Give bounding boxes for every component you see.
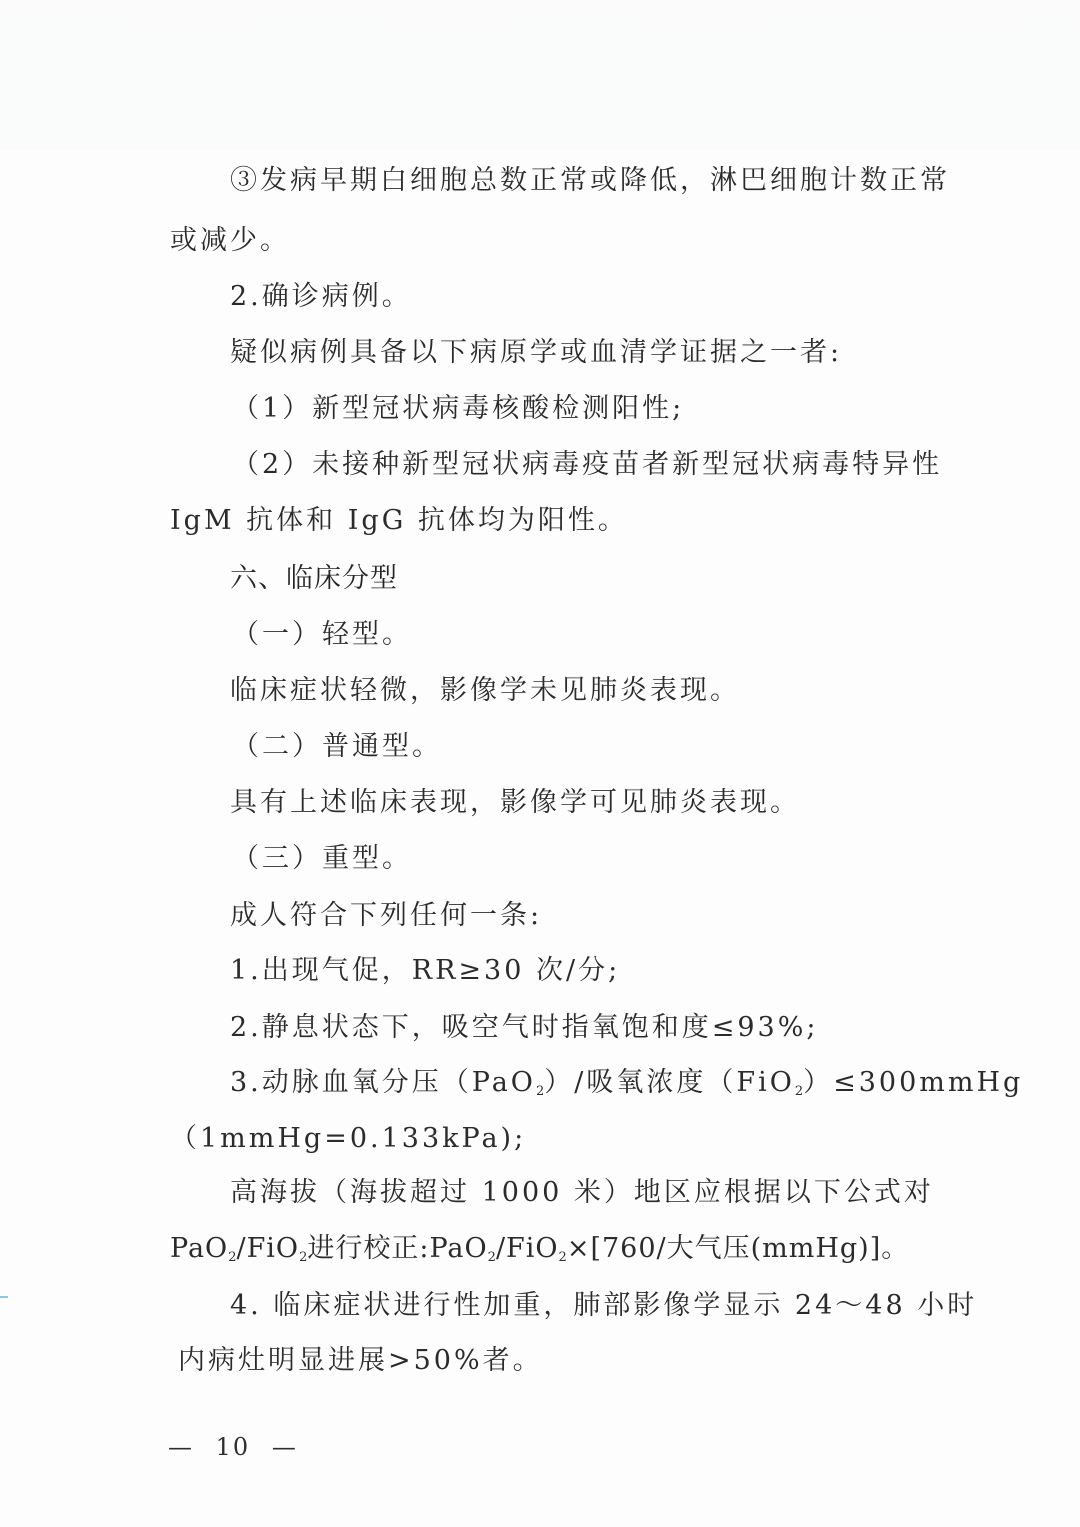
section-heading: 六、临床分型 [230,561,398,597]
paragraph-line: IgM 抗体和 IgG 抗体均为阳性。 [170,503,628,539]
text-segment: /FiO [496,1233,559,1264]
text-segment: PaO [170,1233,228,1264]
formula-line: PaO2/FiO2进行校正:PaO2/FiO2×[760/大气压(mmHg)]。 [170,1231,909,1276]
page-footer: — 10 — [168,1430,298,1464]
text-segment: 进行校正:PaO [307,1233,487,1264]
subscript: 2 [488,1250,496,1265]
paragraph-line: 2.确诊病例。 [230,279,412,315]
criteria-item: 1.出现气促，RR≥30 次/分; [230,953,620,989]
footer-dash-right: — [272,1433,298,1461]
criteria-item: 4. 临床症状进行性加重，肺部影像学显示 24～48 小时 [230,1288,977,1324]
paragraph-line: 具有上述临床表现，影像学可见肺炎表现。 [230,785,800,821]
subscript: 2 [559,1250,567,1265]
criteria-item: 3.动脉血氧分压（PaO2）/吸氧浓度（FiO2）≤300mmHg [230,1065,1023,1110]
subsection-heading: （三）重型。 [232,841,412,877]
subscript: 2 [795,1084,803,1099]
document-page: ③发病早期白细胞总数正常或降低，淋巴细胞计数正常 或减少。 2.确诊病例。 疑似… [0,0,1080,1527]
text-segment: 3.动脉血氧分压（PaO [230,1067,536,1098]
text-segment: ×[760/大气压(mmHg)]。 [567,1233,909,1264]
page-number: 10 [216,1433,251,1461]
criteria-item: 2.静息状态下，吸空气时指氧饱和度≤93%; [230,1010,819,1046]
text-segment: ）≤300mmHg [803,1067,1023,1098]
footer-dash-left: — [168,1433,194,1461]
subscript: 2 [536,1084,544,1099]
paragraph-line: （2）未接种新型冠状病毒疫苗者新型冠状病毒特异性 [232,447,942,483]
paragraph-line: 高海拔（海拔超过 1000 米）地区应根据以下公式对 [230,1175,934,1211]
paragraph-line: （1）新型冠状病毒核酸检测阳性; [232,391,684,427]
paragraph-line: 疑似病例具备以下病原学或血清学证据之一者: [230,335,842,371]
scan-artifact-mark [0,1296,8,1298]
paragraph-line: 或减少。 [170,223,290,259]
paragraph-line: ③发病早期白细胞总数正常或降低，淋巴细胞计数正常 [230,163,950,199]
subsection-heading: （一）轻型。 [232,617,412,653]
paragraph-line: 临床症状轻微，影像学未见肺炎表现。 [230,673,740,709]
scan-noise-band [0,0,1080,150]
paragraph-line: 内病灶明显进展>50%者。 [178,1343,543,1379]
paragraph-line: （1mmHg=0.133kPa); [170,1121,526,1157]
subsection-heading: （二）普通型。 [232,729,442,765]
text-segment: /FiO [236,1233,299,1264]
paragraph-line: 成人符合下列任何一条: [230,898,542,934]
text-segment: ）/吸氧浓度（FiO [544,1067,795,1098]
